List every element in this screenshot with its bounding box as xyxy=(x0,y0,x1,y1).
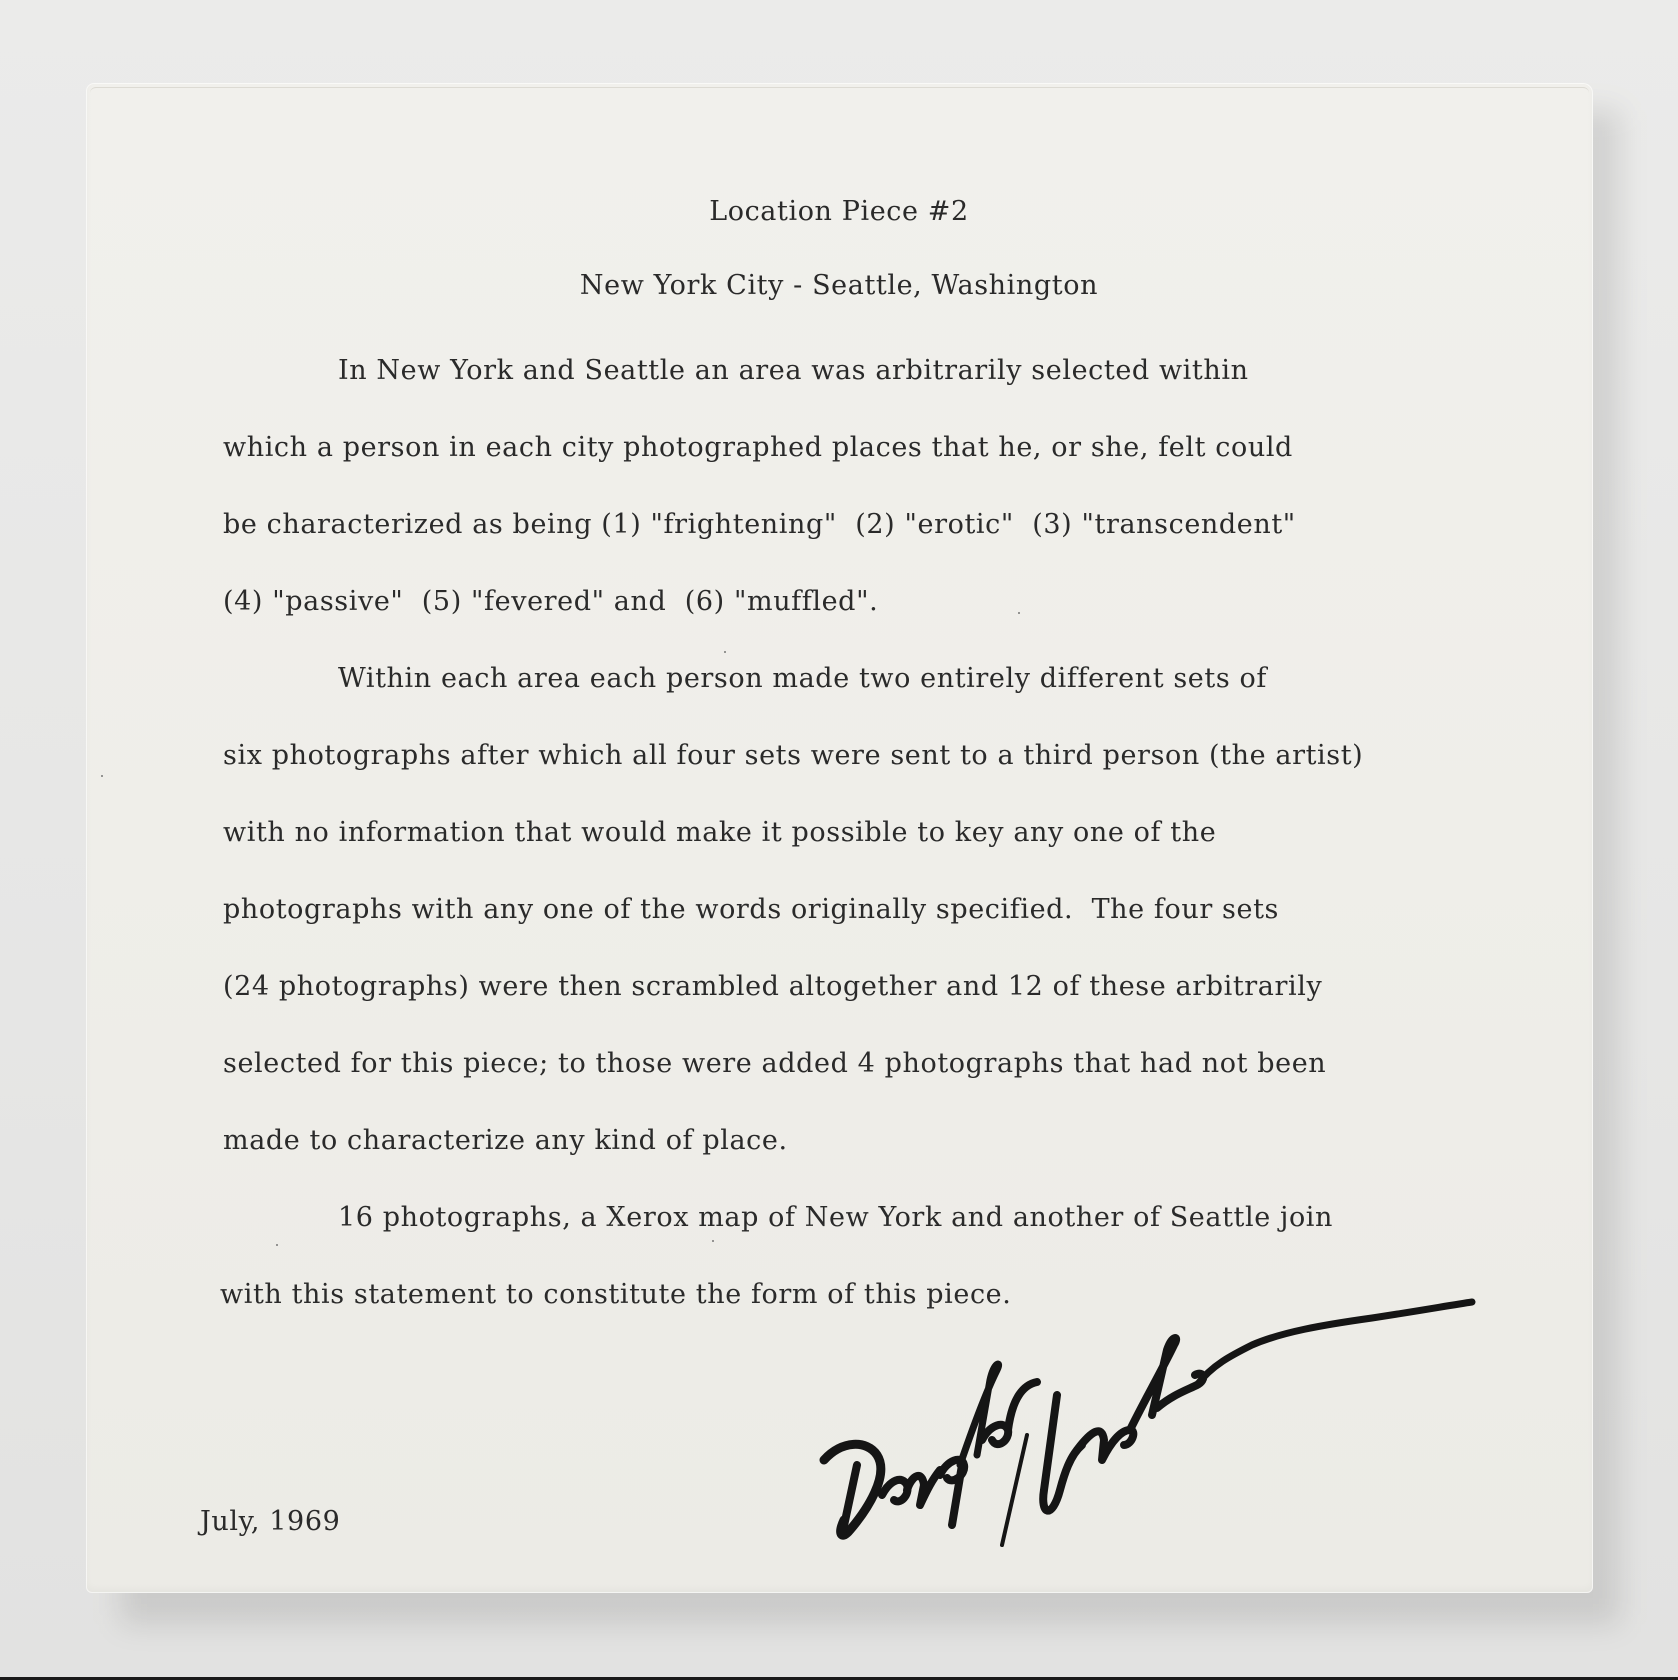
paper-speck xyxy=(724,651,726,653)
body-line: Within each area each person made two en… xyxy=(338,665,1267,692)
body-line: be characterized as being (1) "frighteni… xyxy=(223,511,1296,538)
paper-speck xyxy=(101,775,103,777)
paper-speck xyxy=(1018,612,1020,614)
body-line: which a person in each city photographed… xyxy=(223,434,1293,461)
document-date: July, 1969 xyxy=(200,1508,340,1535)
body-line: In New York and Seattle an area was arbi… xyxy=(338,357,1249,384)
document-title: Location Piece #2 xyxy=(0,198,1678,225)
body-line: selected for this piece; to those were a… xyxy=(223,1050,1326,1077)
body-line: 16 photographs, a Xerox map of New York … xyxy=(338,1204,1333,1231)
body-line: (24 photographs) were then scrambled alt… xyxy=(223,973,1322,1000)
body-line: six photographs after which all four set… xyxy=(223,742,1363,769)
body-line: with no information that would make it p… xyxy=(223,819,1216,846)
body-line: photographs with any one of the words or… xyxy=(223,896,1279,923)
signature-icon xyxy=(812,1290,1482,1550)
body-line: made to characterize any kind of place. xyxy=(223,1127,788,1154)
paper-speck xyxy=(276,1244,278,1246)
document-subtitle: New York City - Seattle, Washington xyxy=(0,272,1678,299)
body-line: (4) "passive" (5) "fevered" and (6) "muf… xyxy=(223,588,878,615)
paper-speck xyxy=(712,1240,714,1242)
